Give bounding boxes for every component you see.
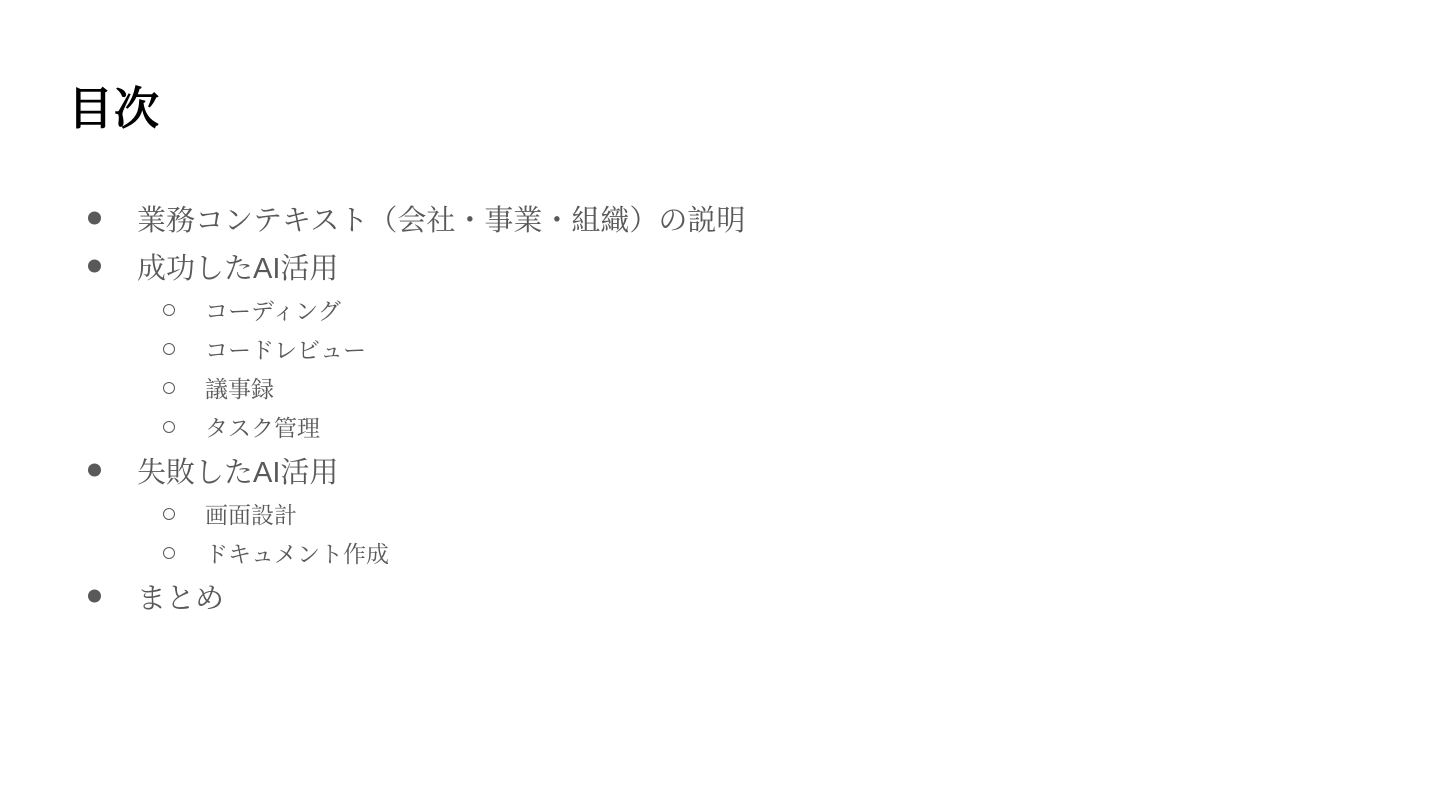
toc-item: 画面設計 xyxy=(0,494,1440,533)
toc-item-label: 議事録 xyxy=(205,371,274,404)
bullet-filled-icon xyxy=(88,464,101,477)
toc-item-label: タスク管理 xyxy=(205,410,320,443)
toc-item-label: 業務コンテキスト（会社・事業・組織）の説明 xyxy=(137,198,745,239)
toc-item: コーディング xyxy=(0,290,1440,329)
toc-item: コードレビュー xyxy=(0,329,1440,368)
bullet-hollow-icon xyxy=(163,421,175,433)
toc-item-label: ドキュメント作成 xyxy=(205,536,389,569)
toc-item-label: まとめ xyxy=(137,576,224,617)
toc-item: タスク管理 xyxy=(0,407,1440,446)
bullet-filled-icon xyxy=(88,212,101,225)
toc-item-label: 成功したAI活用 xyxy=(137,246,338,287)
bullet-hollow-icon xyxy=(163,304,175,316)
toc-list: 業務コンテキスト（会社・事業・組織）の説明 成功したAI活用 コーディング コー… xyxy=(0,194,1440,620)
bullet-hollow-icon xyxy=(163,382,175,394)
bullet-hollow-icon xyxy=(163,547,175,559)
toc-item: まとめ xyxy=(0,572,1440,620)
toc-item: 成功したAI活用 xyxy=(0,242,1440,290)
toc-item: 議事録 xyxy=(0,368,1440,407)
toc-item: 失敗したAI活用 xyxy=(0,446,1440,494)
bullet-hollow-icon xyxy=(163,508,175,520)
slide-title: 目次 xyxy=(68,83,160,135)
bullet-filled-icon xyxy=(88,260,101,273)
bullet-hollow-icon xyxy=(163,343,175,355)
toc-item: 業務コンテキスト（会社・事業・組織）の説明 xyxy=(0,194,1440,242)
bullet-filled-icon xyxy=(88,590,101,603)
toc-item-label: コーディング xyxy=(205,293,341,326)
slide-canvas: 目次 業務コンテキスト（会社・事業・組織）の説明 成功したAI活用 コーディング… xyxy=(0,0,1440,810)
toc-item-label: 画面設計 xyxy=(205,497,297,530)
toc-item-label: コードレビュー xyxy=(205,332,366,365)
toc-item-label: 失敗したAI活用 xyxy=(137,450,338,491)
toc-item: ドキュメント作成 xyxy=(0,533,1440,572)
